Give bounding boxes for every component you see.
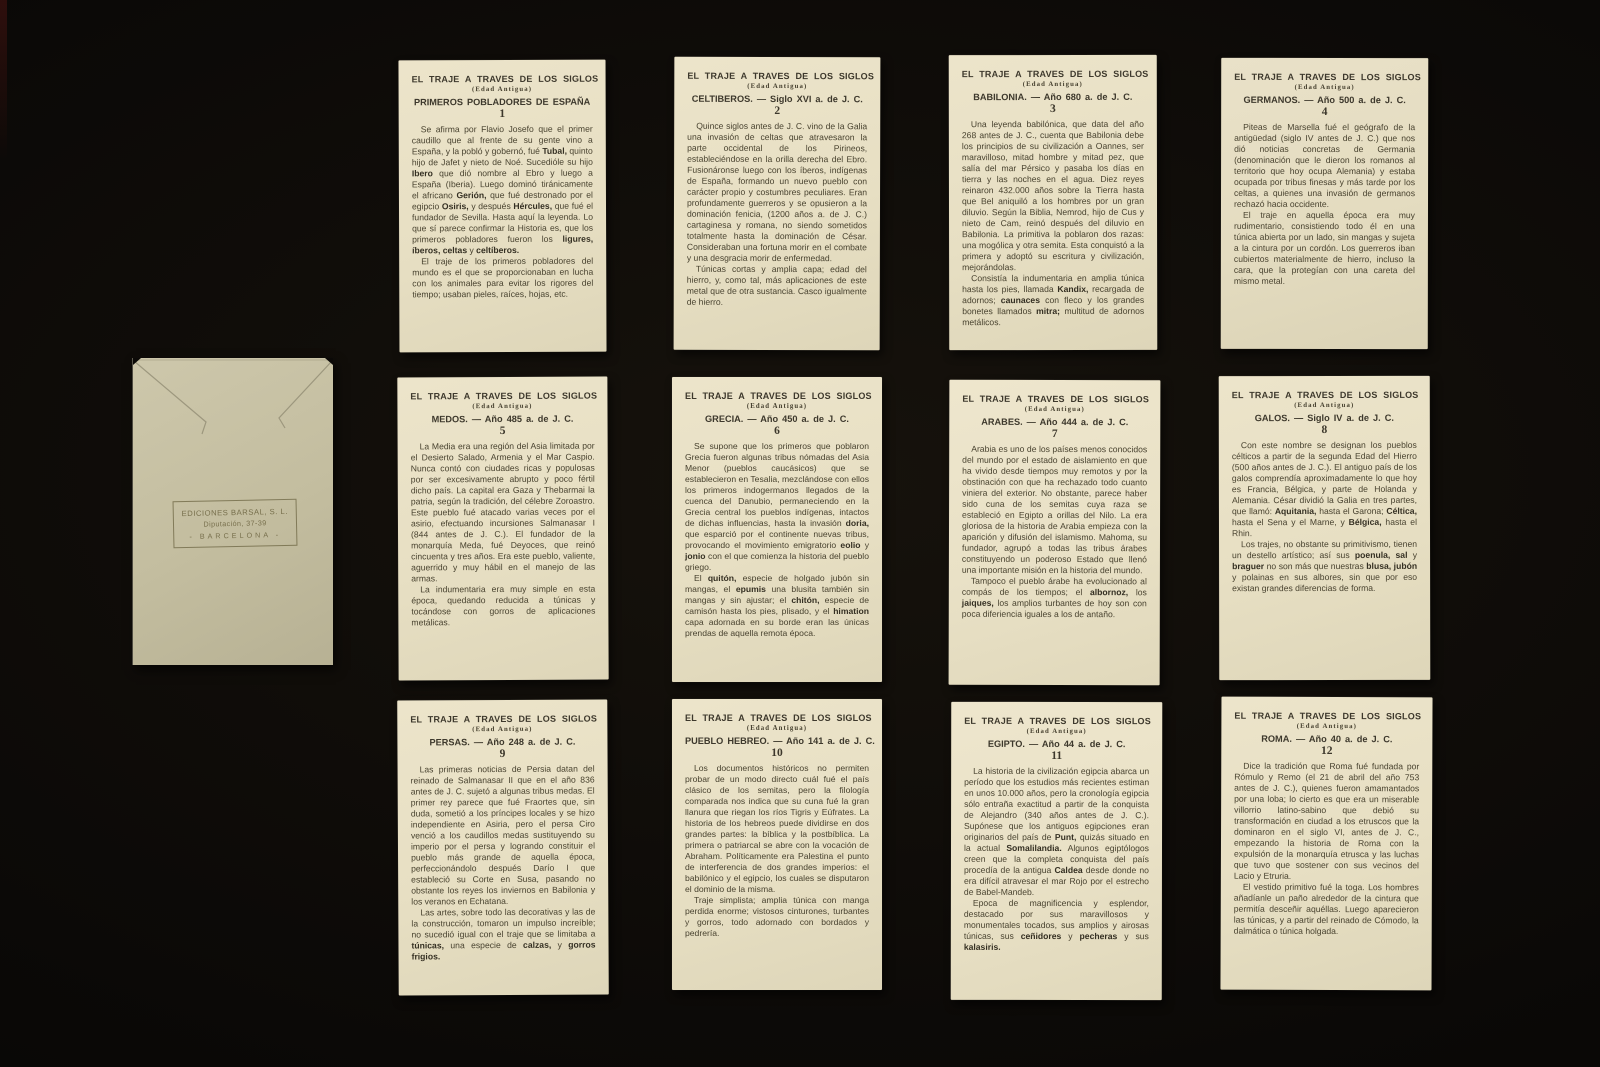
card-heading: PRIMEROS POBLADORES DE ESPAÑA xyxy=(412,97,593,108)
card-era-subtitle: (Edad Antigua) xyxy=(1234,722,1419,730)
card-paragraph: Piteas de Marsella fué el geógrafo de la… xyxy=(1234,122,1415,210)
card-paragraph: La historia de la civilización egipcia a… xyxy=(964,766,1149,898)
trade-card-3: EL TRAJE A TRAVES DE LOS SIGLOS (Edad An… xyxy=(949,55,1158,350)
card-era-subtitle: (Edad Antigua) xyxy=(964,727,1149,734)
card-heading: EGIPTO. — Año 44 a. de J. C. xyxy=(964,739,1149,749)
card-paragraph: Con este nombre se designan los pueblos … xyxy=(1232,440,1417,539)
card-era-subtitle: (Edad Antigua) xyxy=(1234,83,1415,90)
card-series-title: EL TRAJE A TRAVES DE LOS SIGLOS xyxy=(1234,711,1419,722)
card-era-subtitle: (Edad Antigua) xyxy=(412,85,593,93)
card-heading: GRECIA. — Año 450 a. de J. C. xyxy=(685,414,869,424)
card-era-subtitle: (Edad Antigua) xyxy=(410,402,594,410)
card-heading: GALOS. — Siglo IV a. de J. C. xyxy=(1232,413,1417,423)
card-series-title: EL TRAJE A TRAVES DE LOS SIGLOS xyxy=(1234,72,1415,82)
card-number: 9 xyxy=(410,748,594,761)
card-number: 1 xyxy=(412,108,593,121)
card-series-title: EL TRAJE A TRAVES DE LOS SIGLOS xyxy=(685,391,869,401)
card-paragraph: Consistía la indumentaria en amplia túni… xyxy=(962,273,1144,328)
card-paragraph: El traje en aquella época era muy rudime… xyxy=(1234,210,1415,287)
card-era-subtitle: (Edad Antigua) xyxy=(1232,401,1417,408)
publisher-address: Diputación, 37-39 xyxy=(174,518,296,530)
card-series-title: EL TRAJE A TRAVES DE LOS SIGLOS xyxy=(412,74,593,85)
card-paragraph: La Media era una región del Asia limitad… xyxy=(411,441,596,585)
card-number: 12 xyxy=(1234,745,1419,758)
card-paragraph: La indumentaria era muy simple en esta é… xyxy=(411,584,595,629)
card-series-title: EL TRAJE A TRAVES DE LOS SIGLOS xyxy=(964,716,1149,726)
card-paragraph: Quince siglos antes de J. C. vino de la … xyxy=(687,121,867,264)
card-paragraph: El vestido primitivo fué la toga. Los ho… xyxy=(1234,882,1419,938)
card-number: 6 xyxy=(685,425,869,437)
card-heading: CELTIBEROS. — Siglo XVI a. de J. C. xyxy=(687,94,867,104)
trade-card-5: EL TRAJE A TRAVES DE LOS SIGLOS (Edad An… xyxy=(397,377,608,681)
card-paragraph: Se afirma por Flavio Josefo que el prime… xyxy=(412,124,593,257)
card-era-subtitle: (Edad Antigua) xyxy=(962,405,1147,412)
trade-card-8: EL TRAJE A TRAVES DE LOS SIGLOS (Edad An… xyxy=(1219,376,1431,680)
card-era-subtitle: (Edad Antigua) xyxy=(687,82,867,89)
card-paragraph: Arabia es uno de los países menos conoci… xyxy=(962,444,1147,576)
card-series-title: EL TRAJE A TRAVES DE LOS SIGLOS xyxy=(410,391,594,402)
card-paragraph: Los documentos históricos no permiten pr… xyxy=(685,763,869,895)
publisher-name: EDICIONES BARSAL, S. L. xyxy=(174,506,296,518)
trade-card-11: EL TRAJE A TRAVES DE LOS SIGLOS (Edad An… xyxy=(951,702,1163,1000)
card-number: 5 xyxy=(411,425,595,438)
card-box: EDICIONES BARSAL, S. L. Diputación, 37-3… xyxy=(133,358,333,665)
card-number: 10 xyxy=(685,747,869,759)
card-number: 11 xyxy=(964,750,1149,762)
card-paragraph: Tampoco el pueblo árabe ha evolucionado … xyxy=(962,576,1147,620)
card-number: 4 xyxy=(1234,106,1415,118)
trade-card-9: EL TRAJE A TRAVES DE LOS SIGLOS (Edad An… xyxy=(397,699,609,995)
card-series-title: EL TRAJE A TRAVES DE LOS SIGLOS xyxy=(1232,390,1417,400)
trade-card-7: EL TRAJE A TRAVES DE LOS SIGLOS (Edad An… xyxy=(949,380,1161,686)
card-series-title: EL TRAJE A TRAVES DE LOS SIGLOS xyxy=(962,394,1147,404)
card-number: 3 xyxy=(962,103,1144,115)
publisher-city: - BARCELONA - xyxy=(174,529,296,541)
card-heading: PUEBLO HEBREO. — Año 141 a. de J. C. xyxy=(685,736,869,746)
card-heading: ARABES. — Año 444 a. de J. C. xyxy=(962,417,1147,427)
card-paragraph: Dice la tradición que Roma fué fundada p… xyxy=(1234,761,1419,883)
card-paragraph: El quitón, especie de holgado jubón sin … xyxy=(685,573,869,639)
card-paragraph: Se supone que los primeros que poblaron … xyxy=(685,441,869,573)
card-series-title: EL TRAJE A TRAVES DE LOS SIGLOS xyxy=(687,71,867,81)
card-era-subtitle: (Edad Antigua) xyxy=(685,725,869,732)
trade-card-12: EL TRAJE A TRAVES DE LOS SIGLOS (Edad An… xyxy=(1220,697,1432,991)
card-series-title: EL TRAJE A TRAVES DE LOS SIGLOS xyxy=(685,713,869,723)
card-era-subtitle: (Edad Antigua) xyxy=(685,403,869,410)
card-paragraph: Las primeras noticias de Persia datan de… xyxy=(411,764,596,908)
card-heading: BABILONIA. — Año 680 a. de J. C. xyxy=(962,92,1144,102)
card-paragraph: Traje simplista; amplia túnica con manga… xyxy=(685,895,869,939)
card-era-subtitle: (Edad Antigua) xyxy=(962,80,1144,87)
card-heading: ROMA. — Año 40 a. de J. C. xyxy=(1234,734,1419,745)
card-paragraph: Una leyenda babilónica, que data del año… xyxy=(962,119,1144,273)
card-heading: PERSAS. — Año 248 a. de J. C. xyxy=(410,737,594,748)
card-number: 8 xyxy=(1232,424,1417,436)
card-heading: MEDOS. — Año 485 a. de J. C. xyxy=(411,414,595,425)
card-paragraph: Las artes, sobre todo las decorativas y … xyxy=(411,907,595,963)
card-heading: GERMANOS. — Año 500 a. de J. C. xyxy=(1234,95,1415,105)
card-paragraph: Epoca de magnificencia y esplendor, dest… xyxy=(964,898,1149,953)
card-paragraph: Túnicas cortas y amplia capa; edad del h… xyxy=(687,264,867,308)
trade-card-2: EL TRAJE A TRAVES DE LOS SIGLOS (Edad An… xyxy=(674,57,881,351)
trade-card-1: EL TRAJE A TRAVES DE LOS SIGLOS (Edad An… xyxy=(398,60,606,353)
card-paragraph: Los trajes, no obstante su primitivismo,… xyxy=(1232,539,1417,594)
card-series-title: EL TRAJE A TRAVES DE LOS SIGLOS xyxy=(410,714,594,725)
card-era-subtitle: (Edad Antigua) xyxy=(410,725,594,733)
publisher-stamp: EDICIONES BARSAL, S. L. Diputación, 37-3… xyxy=(173,499,298,549)
trade-card-6: EL TRAJE A TRAVES DE LOS SIGLOS (Edad An… xyxy=(672,377,882,682)
trade-card-4: EL TRAJE A TRAVES DE LOS SIGLOS (Edad An… xyxy=(1221,58,1429,349)
card-paragraph: El traje de los primeros pobladores del … xyxy=(412,256,593,301)
card-number: 7 xyxy=(962,428,1147,440)
card-number: 2 xyxy=(687,105,867,117)
trade-card-10: EL TRAJE A TRAVES DE LOS SIGLOS (Edad An… xyxy=(672,699,882,990)
photo-scene: EDICIONES BARSAL, S. L. Diputación, 37-3… xyxy=(0,0,1600,1067)
card-series-title: EL TRAJE A TRAVES DE LOS SIGLOS xyxy=(962,69,1144,79)
